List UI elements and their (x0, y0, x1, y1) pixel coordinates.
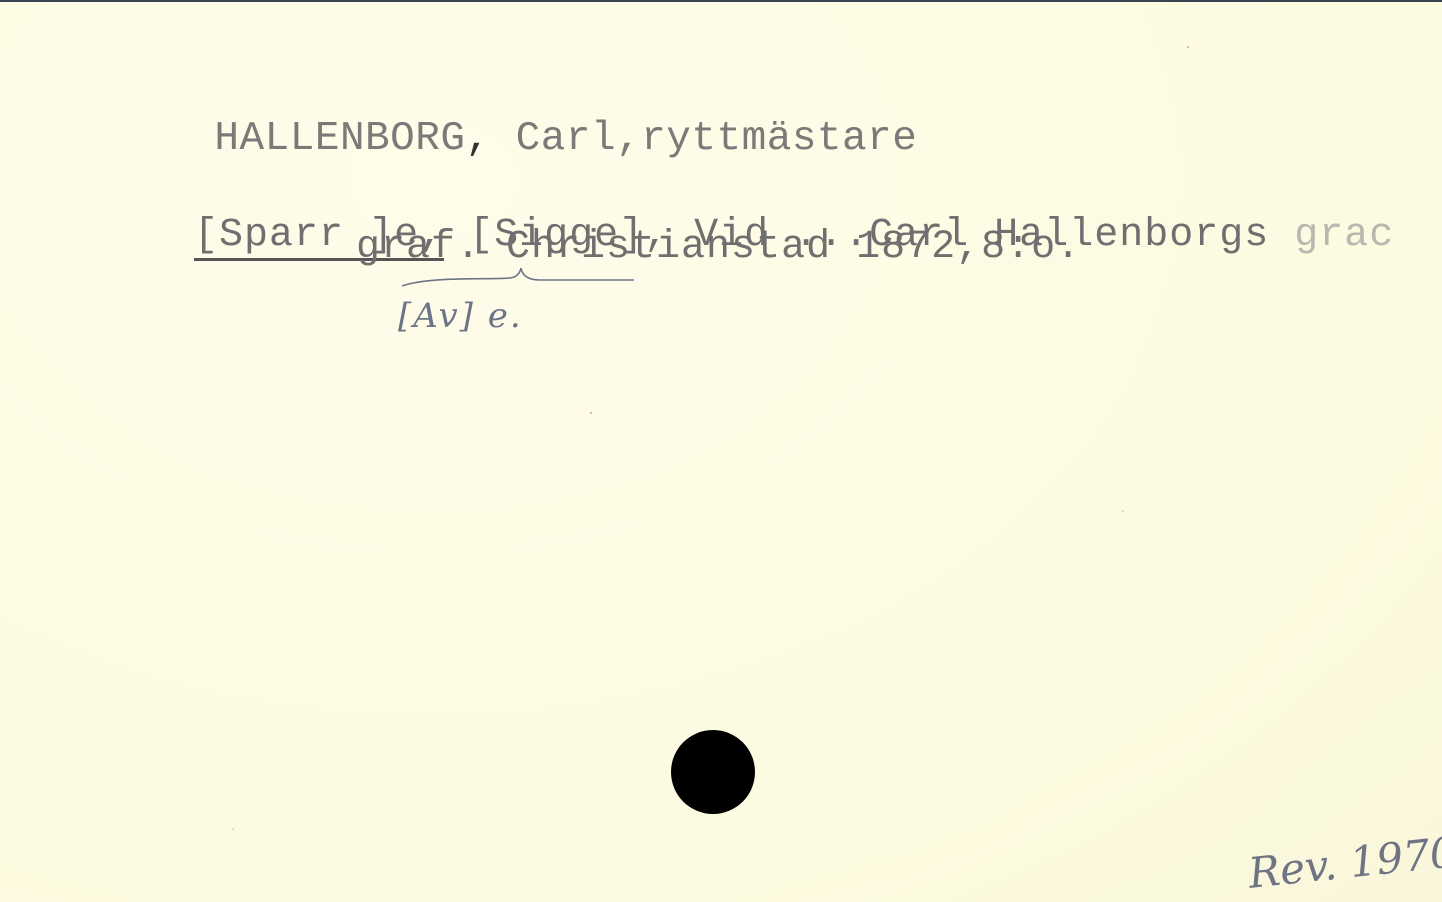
paper-speck (232, 828, 234, 830)
paper-speck (1122, 510, 1124, 512)
heading-separator: , (465, 116, 490, 162)
punch-hole (671, 730, 755, 814)
handwritten-note: [Av] e. (398, 296, 523, 336)
paper-speck (590, 412, 592, 414)
heading-surname: HALLENBORG (214, 116, 465, 162)
author-surname-part: Sparr (219, 213, 369, 258)
catalog-card: HALLENBORG, Carl,ryttmästare [Sparr ]e, … (0, 0, 1442, 902)
revision-note: Rev. 1970 (1246, 827, 1442, 898)
entry-faint-tail: grac (1269, 213, 1394, 258)
entry-line-2: graf. Christianstad 1872,8:o. (356, 228, 1081, 268)
paper-speck (1187, 46, 1189, 48)
card-top-edge (0, 0, 1442, 2)
bracket-open: [ (194, 213, 219, 258)
heading-name-title: Carl,ryttmästare (491, 116, 918, 162)
pencil-brace-mark (400, 268, 636, 290)
